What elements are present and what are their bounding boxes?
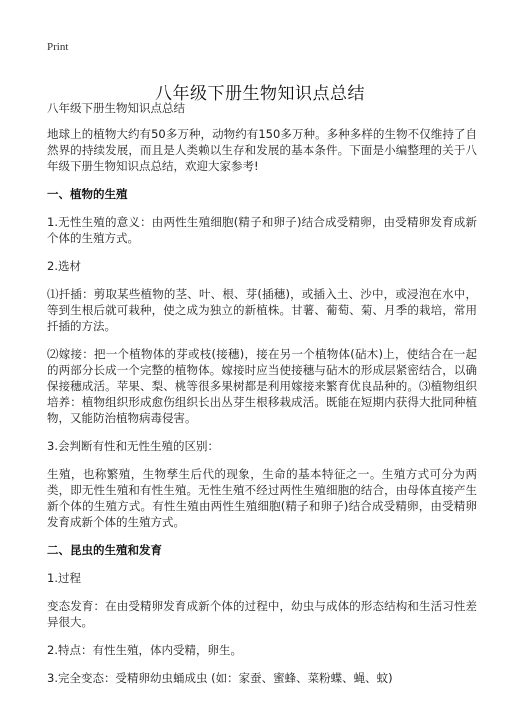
document-subtitle: 八年级下册生物知识点总结 bbox=[47, 100, 477, 116]
paragraph: 变态发育：在由受精卵发育成新个体的过程中，幼虫与成体的形态结构和生活习性差异很大… bbox=[47, 598, 477, 630]
intro-paragraph: 地球上的植物大约有50多万种，动物约有150多万种。多种多样的生物不仅维持了自然… bbox=[47, 126, 477, 174]
paragraph: 生殖，也称繁殖，生物孳生后代的现象，生命的基本特征之一。生殖方式可分为两类，即无… bbox=[47, 466, 477, 530]
paragraph: 3.会判断有性和无性生殖的区别： bbox=[47, 438, 477, 454]
document-body: 八年级下册生物知识点总结 地球上的植物大约有50多万种，动物约有150多万种。多… bbox=[47, 100, 477, 698]
paragraph: 1.无性生殖的意义：由两性生殖细胞(精子和卵子)结合成受精卵，由受精卵发育成新个… bbox=[47, 214, 477, 246]
paragraph: ⑵嫁接：把一个植物体的芽或枝(接穗)，接在另一个植物体(砧木)上，使结合在一起的… bbox=[47, 346, 477, 426]
print-link[interactable]: Print bbox=[47, 41, 68, 53]
paragraph: 1.过程 bbox=[47, 570, 477, 586]
section-heading: 一、植物的生殖 bbox=[47, 186, 477, 202]
paragraph: 2.特点：有性生殖，体内受精，卵生。 bbox=[47, 642, 477, 658]
paragraph: ⑴扦插：剪取某些植物的茎、叶、根、芽(插穗)，或插入土、沙中，或浸泡在水中，等到… bbox=[47, 286, 477, 334]
section-heading: 二、昆虫的生殖和发育 bbox=[47, 542, 477, 558]
paragraph: 2.选材 bbox=[47, 258, 477, 274]
paragraph: 3.完全变态：受精卵幼虫蛹成虫 (如：家蚕、蜜蜂、菜粉蝶、蝇、蚊) bbox=[47, 670, 477, 686]
